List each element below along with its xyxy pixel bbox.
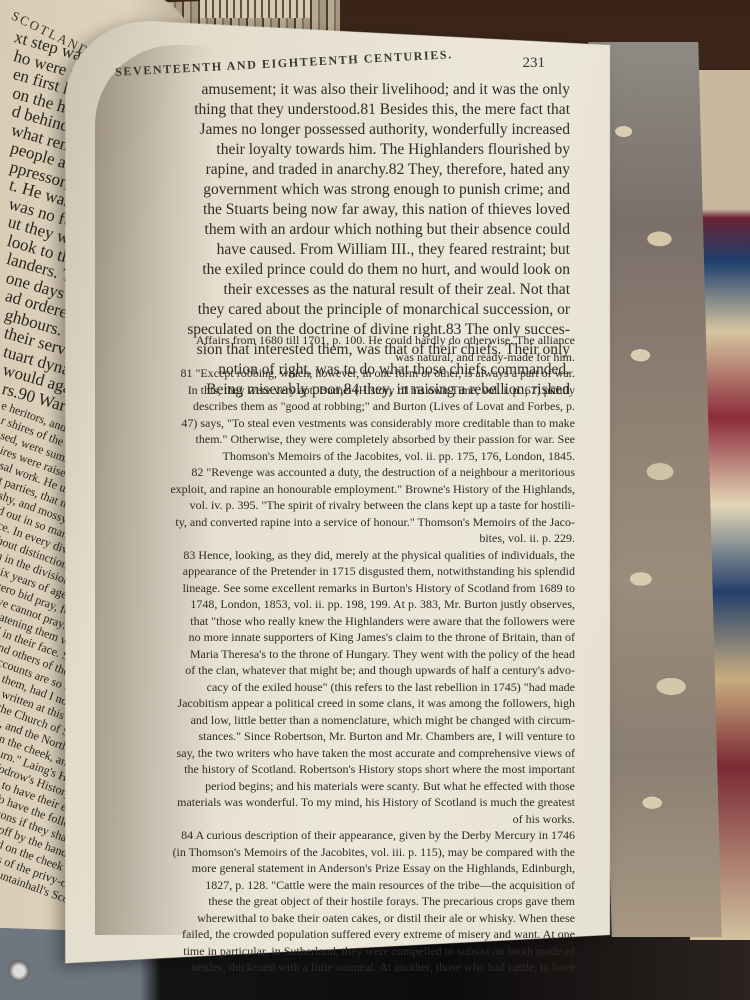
footnote-line: In this, they were very apt. Burnet (His… bbox=[135, 382, 575, 399]
footnote-line: 81 "Except robbing, which, however, in o… bbox=[135, 365, 575, 382]
footnote-line: cacy of the exiled house" (this refers t… bbox=[135, 679, 575, 696]
footnote-line: vol. iv. p. 395. "The spirit of rivalry … bbox=[135, 497, 575, 514]
footnote-line: ty, and converted rapine into a service … bbox=[135, 514, 575, 531]
footnote-line: Affairs from 1680 till 1701, p. 100. He … bbox=[135, 332, 575, 349]
footnote-line: them." Otherwise, they were completely a… bbox=[135, 431, 575, 448]
body-line: James no longer possessed authority, won… bbox=[150, 120, 570, 140]
footnote-line: 1827, p. 128. "Cattle were the main reso… bbox=[135, 877, 575, 894]
footnote-line: no more innate supporters of King James'… bbox=[135, 629, 575, 646]
footnote-line: failed, the crowded population suffered … bbox=[135, 926, 575, 943]
footnote-line: more general statement in Anderson's Pri… bbox=[135, 860, 575, 877]
footnote-line: materials was wonderful. To my mind, his… bbox=[135, 794, 575, 811]
body-line: have caused. From William III., they fea… bbox=[150, 240, 570, 260]
body-line: the exiled prince could do them no hurt,… bbox=[150, 260, 570, 280]
body-line: amusement; it was also their livelihood;… bbox=[150, 80, 570, 100]
footnote-line: that "those who really knew the Highland… bbox=[135, 613, 575, 630]
footnote-line: say, the two writers who have taken the … bbox=[135, 745, 575, 762]
body-line: thing that they understood.81 Besides th… bbox=[150, 100, 570, 120]
footnote-line: (in Thomson's Memoirs of the Jacobites, … bbox=[135, 844, 575, 861]
footnote-line: exploit, and rapine an honourable employ… bbox=[135, 481, 575, 498]
background-books-spines bbox=[200, 0, 310, 18]
footnote-line: and low, little better than a nomenclatu… bbox=[135, 712, 575, 729]
footnote-line: of the clan, whatever that might be; and… bbox=[135, 662, 575, 679]
body-line: government which was strong enough to pu… bbox=[150, 180, 570, 200]
footnote-line: 47) says, "To steal even vestments was c… bbox=[135, 415, 575, 432]
footnote-line: the history of Scotland. Robertson's His… bbox=[135, 761, 575, 778]
footnote-line: bites, vol. ii. p. 229. bbox=[135, 530, 575, 547]
body-line: rapine, and traded in anarchy.82 They, t… bbox=[150, 160, 570, 180]
footnote-line: wherewithal to bake their oaten cakes, o… bbox=[135, 910, 575, 927]
footnote-line: Jacobitism appear a political creed in s… bbox=[135, 695, 575, 712]
footnote-line: Thomson's Memoirs of the Jacobites, vol.… bbox=[135, 448, 575, 465]
metal-bolt bbox=[8, 960, 30, 982]
footnote-line: stances." Since Robertson, Mr. Burton an… bbox=[135, 728, 575, 745]
footnote-line: 1748, London, 1853, vol. ii. pp. 198, 19… bbox=[135, 596, 575, 613]
footnote-line: describes them as "good at robbing;" and… bbox=[135, 398, 575, 415]
body-line: they cared about the principle of monarc… bbox=[150, 300, 570, 320]
body-line: their loyalty towards him. The Highlande… bbox=[150, 140, 570, 160]
footnote-line: 82 "Revenge was accounted a duty, the de… bbox=[135, 464, 575, 481]
body-line: the Stuarts being now far away, this nat… bbox=[150, 200, 570, 220]
footnote-line: of his works. bbox=[135, 811, 575, 828]
page-number: 231 bbox=[523, 55, 546, 72]
right-page-header: SEVENTEENTH AND EIGHTEENTH CENTURIES. 23… bbox=[115, 55, 545, 72]
footnote-line: lineage. See some excellent remarks in B… bbox=[135, 580, 575, 597]
body-line: them with an ardour which nothing but th… bbox=[150, 220, 570, 240]
footnote-line: period begins; and his materials were sc… bbox=[135, 778, 575, 795]
footnote-line: 83 Hence, looking, as they did, merely a… bbox=[135, 547, 575, 564]
footnote-line: nettles, thickened with a little oatmeal… bbox=[135, 959, 575, 976]
footnote-line: Maria Theresa's to the throne of Hungary… bbox=[135, 646, 575, 663]
footnote-line: time in particular, in Sutherland, they … bbox=[135, 943, 575, 960]
footnote-line: these the great object of their hostile … bbox=[135, 893, 575, 910]
body-line: their excesses as the natural result of … bbox=[150, 280, 570, 300]
footnote-line: appearance of the Pretender in 1715 disg… bbox=[135, 563, 575, 580]
right-page-footnotes: Affairs from 1680 till 1701, p. 100. He … bbox=[135, 332, 575, 976]
footnote-line: was natural, and ready-made for him. bbox=[135, 349, 575, 366]
footnote-line: 84 A curious description of their appear… bbox=[135, 827, 575, 844]
